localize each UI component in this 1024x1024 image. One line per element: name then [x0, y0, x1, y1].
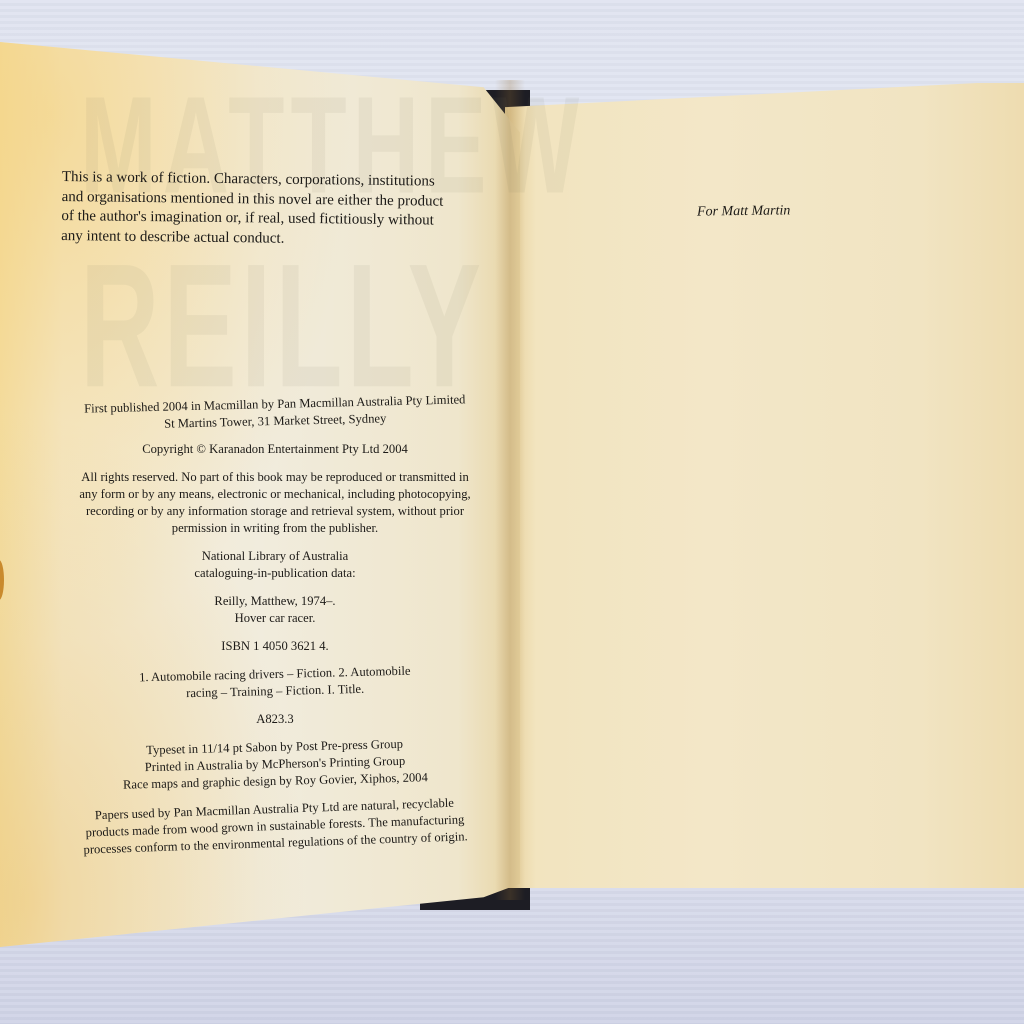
author-entry: Reilly, Matthew, 1974–. Hover car racer.	[70, 593, 480, 627]
subject-headings: 1. Automobile racing drivers – Fiction. …	[70, 661, 481, 705]
cip-heading: National Library of Australia cataloguin…	[70, 548, 480, 582]
rights-notice: All rights reserved. No part of this boo…	[70, 469, 480, 537]
rights-line: recording or by any information storage …	[70, 503, 480, 520]
dedication: For Matt Martin	[697, 203, 791, 220]
rights-line: All rights reserved. No part of this boo…	[70, 469, 480, 486]
disclaimer-block: This is a work of fiction. Characters, c…	[61, 168, 462, 251]
isbn-text: ISBN 1 4050 3621 4.	[70, 638, 480, 655]
isbn: ISBN 1 4050 3621 4.	[70, 638, 480, 655]
copyright-text: Copyright © Karanadon Entertainment Pty …	[70, 441, 480, 458]
book-title: Hover car racer.	[70, 610, 480, 627]
classification-text: A823.3	[70, 711, 480, 728]
cip-line: cataloguing-in-publication data:	[70, 565, 480, 582]
cip-line: National Library of Australia	[70, 548, 480, 565]
rights-line: permission in writing from the publisher…	[70, 520, 480, 537]
rights-line: any form or by any means, electronic or …	[70, 486, 480, 503]
fiction-disclaimer: This is a work of fiction. Characters, c…	[61, 168, 462, 251]
author-name: Reilly, Matthew, 1974–.	[70, 593, 480, 610]
imprint-block: First published 2004 in Macmillan by Pan…	[70, 396, 480, 863]
production-credits: Typeset in 11/14 pt Sabon by Post Pre-pr…	[69, 734, 480, 795]
paper-sustainability-notice: Papers used by Pan Macmillan Australia P…	[69, 794, 481, 859]
book-gutter	[495, 80, 525, 900]
copyright-notice: Copyright © Karanadon Entertainment Pty …	[70, 441, 480, 458]
publication-info: First published 2004 in Macmillan by Pan…	[70, 391, 481, 435]
classification-number: A823.3	[70, 711, 480, 728]
